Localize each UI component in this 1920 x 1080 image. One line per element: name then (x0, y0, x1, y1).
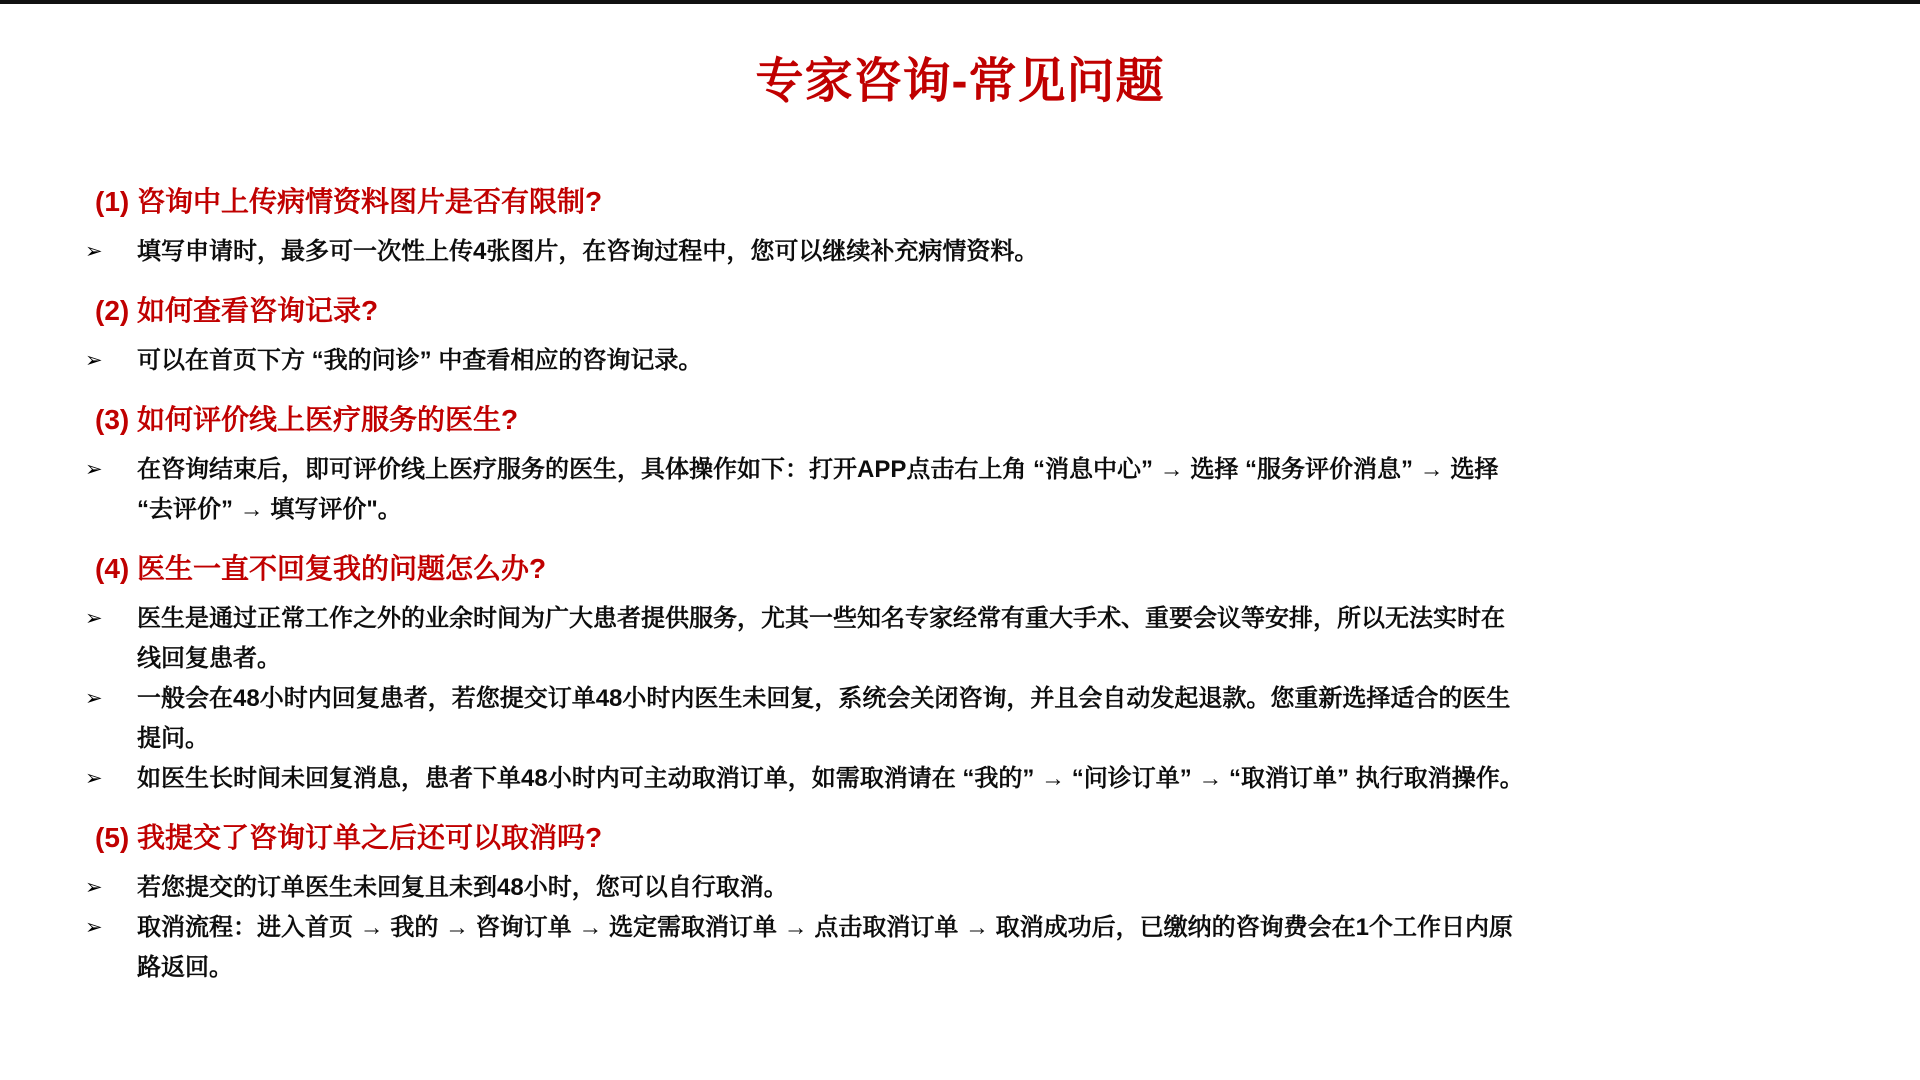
arrow-bullet-icon: ➢ (85, 341, 137, 381)
answer-item: ➢ 填写申请时，最多可一次性上传4张图片，在咨询过程中，您可以继续补充病情资料。 (85, 232, 1525, 272)
answer-text: 如医生长时间未回复消息，患者下单48小时内可主动取消订单，如需取消请在 “我的”… (137, 759, 1525, 799)
answer-item: ➢ 如医生长时间未回复消息，患者下单48小时内可主动取消订单，如需取消请在 “我… (85, 759, 1525, 799)
arrow-bullet-icon: ➢ (85, 599, 137, 639)
question-heading: (4) 医生一直不回复我的问题怎么办? (85, 552, 1525, 586)
faq-section-2: (2) 如何查看咨询记录? ➢ 可以在首页下方 “我的问诊” 中查看相应的咨询记… (85, 294, 1525, 381)
answer-item: ➢ 医生是通过正常工作之外的业余时间为广大患者提供服务，尤其一些知名专家经常有重… (85, 599, 1525, 679)
top-edge-divider (0, 0, 1920, 4)
faq-slide: 专家咨询-常见问题 (1) 咨询中上传病情资料图片是否有限制? ➢ 填写申请时，… (0, 0, 1920, 1080)
answer-text: 取消流程：进入首页 → 我的 → 咨询订单 → 选定需取消订单 → 点击取消订单… (137, 908, 1525, 988)
answer-text: 可以在首页下方 “我的问诊” 中查看相应的咨询记录。 (137, 341, 1525, 381)
faq-section-3: (3) 如何评价线上医疗服务的医生? ➢ 在咨询结束后，即可评价线上医疗服务的医… (85, 403, 1525, 530)
answer-text: 若您提交的订单医生未回复且未到48小时，您可以自行取消。 (137, 868, 1525, 908)
arrow-bullet-icon: ➢ (85, 679, 137, 719)
faq-section-4: (4) 医生一直不回复我的问题怎么办? ➢ 医生是通过正常工作之外的业余时间为广… (85, 552, 1525, 799)
answer-item: ➢ 可以在首页下方 “我的问诊” 中查看相应的咨询记录。 (85, 341, 1525, 381)
arrow-bullet-icon: ➢ (85, 450, 137, 490)
answer-text: 填写申请时，最多可一次性上传4张图片，在咨询过程中，您可以继续补充病情资料。 (137, 232, 1525, 272)
answer-item: ➢ 若您提交的订单医生未回复且未到48小时，您可以自行取消。 (85, 868, 1525, 908)
page-title: 专家咨询-常见问题 (0, 0, 1920, 111)
faq-section-1: (1) 咨询中上传病情资料图片是否有限制? ➢ 填写申请时，最多可一次性上传4张… (85, 185, 1525, 272)
answer-text: 在咨询结束后，即可评价线上医疗服务的医生，具体操作如下：打开APP点击右上角 “… (137, 450, 1525, 530)
question-heading: (3) 如何评价线上医疗服务的医生? (85, 403, 1525, 437)
arrow-bullet-icon: ➢ (85, 868, 137, 908)
arrow-bullet-icon: ➢ (85, 759, 137, 799)
answer-item: ➢ 一般会在48小时内回复患者，若您提交订单48小时内医生未回复，系统会关闭咨询… (85, 679, 1525, 759)
arrow-bullet-icon: ➢ (85, 232, 137, 272)
arrow-bullet-icon: ➢ (85, 908, 137, 948)
faq-content: (1) 咨询中上传病情资料图片是否有限制? ➢ 填写申请时，最多可一次性上传4张… (0, 111, 1920, 988)
answer-text: 医生是通过正常工作之外的业余时间为广大患者提供服务，尤其一些知名专家经常有重大手… (137, 599, 1525, 679)
faq-section-5: (5) 我提交了咨询订单之后还可以取消吗? ➢ 若您提交的订单医生未回复且未到4… (85, 821, 1525, 988)
answer-item: ➢ 在咨询结束后，即可评价线上医疗服务的医生，具体操作如下：打开APP点击右上角… (85, 450, 1525, 530)
answer-item: ➢ 取消流程：进入首页 → 我的 → 咨询订单 → 选定需取消订单 → 点击取消… (85, 908, 1525, 988)
question-heading: (5) 我提交了咨询订单之后还可以取消吗? (85, 821, 1525, 855)
answer-text: 一般会在48小时内回复患者，若您提交订单48小时内医生未回复，系统会关闭咨询，并… (137, 679, 1525, 759)
question-heading: (1) 咨询中上传病情资料图片是否有限制? (85, 185, 1525, 219)
question-heading: (2) 如何查看咨询记录? (85, 294, 1525, 328)
